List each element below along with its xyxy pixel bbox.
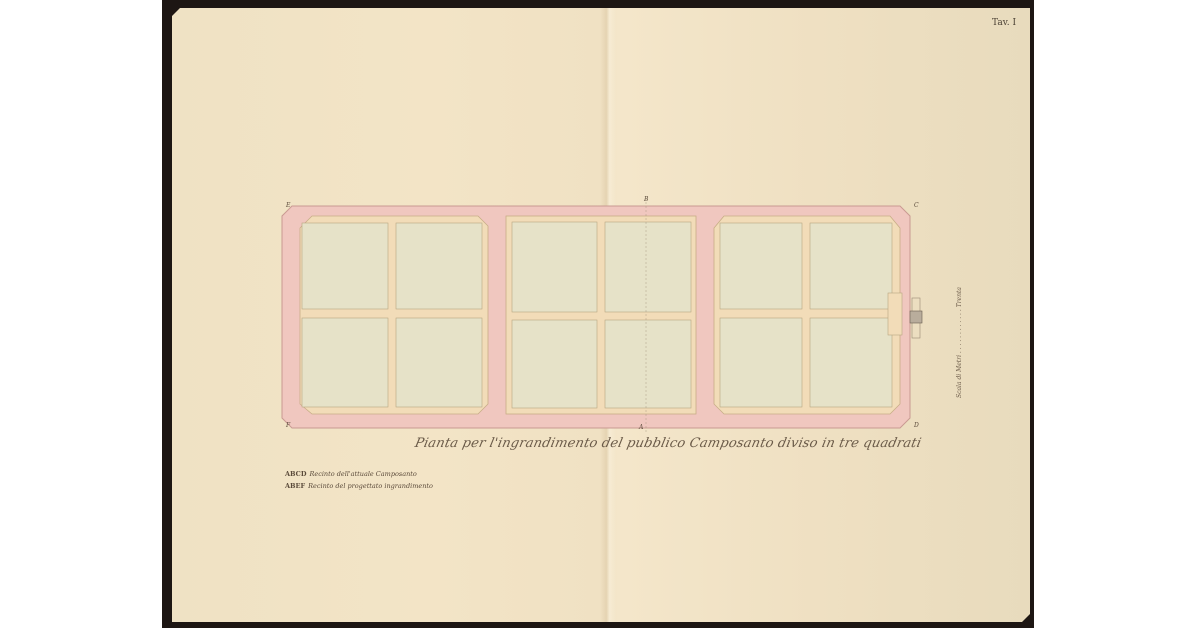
legend-item-proposed: ABEFRecinto del progettato ingrandimento xyxy=(285,482,433,490)
corner-label-d: D xyxy=(914,422,919,429)
legend-text: Recinto del progettato ingrandimento xyxy=(308,482,433,490)
corner-label-a: A xyxy=(639,424,643,431)
legend-text: Recinto dell'attuale Camposanto xyxy=(309,470,416,478)
plan-caption: Pianta per l'ingrandimento del pubblico … xyxy=(413,436,922,451)
paper-sheet: Tav. I xyxy=(172,8,1030,622)
right-quadrant xyxy=(714,216,902,414)
cemetery-floor-plan xyxy=(172,8,1030,622)
left-quadrant xyxy=(300,216,488,414)
scale-label: Scala di Metri . . . . . . . . . . . . T… xyxy=(956,238,963,398)
legend-item-existing: ABCDRecinto dell'attuale Camposanto xyxy=(285,470,417,478)
scale-bar: Scala di Metri . . . . . . . . . . . . T… xyxy=(954,238,968,398)
corner-label-b: B xyxy=(644,196,648,203)
corner-label-c: C xyxy=(914,202,919,209)
middle-quadrant xyxy=(506,216,696,414)
legend-key: ABCD xyxy=(285,470,306,478)
corner-label-e: E xyxy=(286,202,290,209)
corner-label-f: F xyxy=(286,422,290,429)
legend-key: ABEF xyxy=(285,482,305,490)
